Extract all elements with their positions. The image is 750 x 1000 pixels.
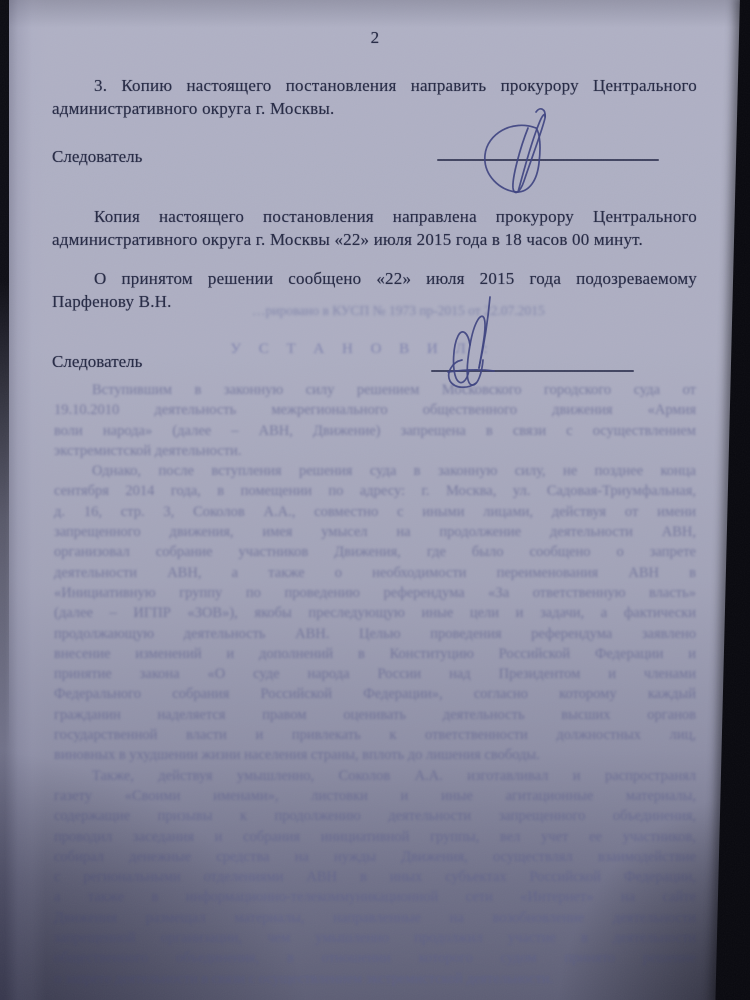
ghost-text-line: Также, действуя умышленно, Соколов А.А. …	[54, 766, 696, 786]
ghost-text-line: организовал собрание участников Движения…	[54, 542, 696, 562]
ghost-text-line: Вступившим в законную силу решением Моск…	[54, 380, 696, 400]
document-text-line: административного округа г. Москвы «22» …	[52, 228, 697, 251]
paragraph-decision-announced: О принятом решении сообщено «22» июля 20…	[52, 267, 697, 313]
page-number: 2	[0, 28, 750, 48]
bleedthrough-text-block: Вступившим в законную силу решением Моск…	[54, 380, 696, 989]
signature-line-1	[437, 159, 659, 161]
document-text-line: Копия настоящего постановления направлен…	[52, 205, 697, 228]
paragraph-send-copy: 3. Копию настоящего постановления направ…	[52, 74, 697, 120]
investigator-label-1: Следователь	[52, 147, 142, 167]
left-dark-edge	[0, 0, 9, 1000]
ghost-text-line: газету «Своими именами», листовки и иные…	[54, 786, 696, 806]
ghost-text-line: общественного объединения, в отношении к…	[54, 948, 696, 968]
investigator-label-2: Следователь	[52, 352, 142, 372]
ghost-text-line: запрещенного движения, имея умысел на пр…	[54, 522, 696, 542]
document-text-line: О принятом решении сообщено «22» июля 20…	[52, 267, 697, 290]
ghost-text-line: виновных в ухудшении жизни населения стр…	[54, 745, 696, 765]
ghost-text-line: собирал денежные средства на нужды Движе…	[54, 847, 696, 867]
document-text-line: Парфенову В.Н.	[52, 290, 697, 313]
ghost-text-line: сентября 2014 года, в помещении по адрес…	[54, 481, 696, 501]
ghost-text-line: «Инициативную группу по проведению рефер…	[54, 583, 696, 603]
ghost-text-line: запрещенной организации, чем умышленно п…	[54, 928, 696, 948]
document-text-line: административного округа г. Москвы.	[52, 97, 697, 120]
ghost-text-line: 19.10.2010 деятельность межрегионального…	[54, 400, 696, 420]
ghost-text-line: принятие закона «О суде народа России на…	[54, 664, 696, 684]
ghost-text-line: с региональными отделениями АВН в иных с…	[54, 867, 696, 887]
ghost-text-line: д. 16, стр. 3, Соколов А.А., совместно с…	[54, 502, 696, 522]
signature-line-2	[431, 370, 634, 372]
ghost-text-line: воли народа» (далее – АВН, Движение) зап…	[54, 421, 696, 441]
ghost-text-line: продолжающую деятельность АВН. Целью про…	[54, 624, 696, 644]
left-page-fold	[0, 0, 46, 1000]
ghost-text-line: гражданин наделяется правом оценивать де…	[54, 705, 696, 725]
ghost-text-line: а также в информационно-телекоммуникацио…	[54, 887, 696, 907]
document-text-line: 3. Копию настоящего постановления направ…	[52, 74, 697, 97]
ghost-text-line: Движения размещал материалы, направленны…	[54, 908, 696, 928]
ghost-text-line: содержащие призывы к продолжению деятель…	[54, 806, 696, 826]
ghost-text-line: (далее – ИГПР «ЗОВ»), якобы преследующую…	[54, 603, 696, 623]
ghost-text-line: внесение изменений и дополнений в Консти…	[54, 644, 696, 664]
ghost-text-line: проводил заседания и собрания инициативн…	[54, 827, 696, 847]
ghost-text-line: экстремистской деятельности.	[54, 441, 696, 461]
ghost-text-line: о запрете деятельности в связи с осущест…	[54, 969, 696, 989]
right-dark-edge	[715, 0, 750, 1000]
paragraph-copy-sent: Копия настоящего постановления направлен…	[52, 205, 697, 251]
document-photo: …рировано в КУСП № 1973 пр-2015 от 22.07…	[0, 0, 750, 1000]
ghost-text-line: Однако, после вступления решения суда в …	[54, 461, 696, 481]
ghost-text-line: государственной власти и привлекать к от…	[54, 725, 696, 745]
ghost-text-line: деятельности АВН, а также о необходимост…	[54, 563, 696, 583]
top-shadow	[0, 0, 750, 28]
ghost-text-line: Федерального собрания Российской Федерац…	[54, 684, 696, 704]
